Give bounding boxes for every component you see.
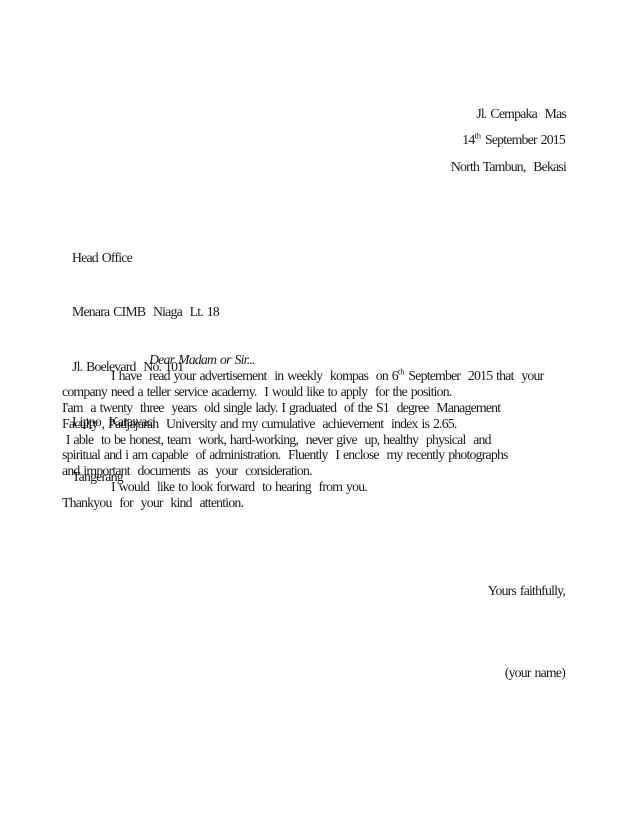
body-line-2: company need a teller service academy. I… (62, 384, 634, 400)
body-line-7: and important documents as your consider… (62, 463, 634, 479)
recipient-line-2: Menara CIMB Niaga Lt. 18 (72, 303, 219, 321)
body-line-6: spiritual and i am capable of administra… (62, 447, 634, 463)
date-day: 14 (462, 132, 474, 147)
letter-page: Jl. Cempaka Mas North Tambun, Bekasi 14t… (0, 0, 638, 826)
letter-body: Dear Madam or Sir... I have read your ad… (62, 352, 634, 511)
body-line-5: I able to be honest, team work, hard-wor… (62, 432, 634, 448)
body-line-4: Faculty , Padjajaran University and my c… (62, 416, 634, 432)
body-line-9: Thankyou for your kind attention. (62, 495, 634, 511)
sender-address-line-1: Jl. Cempaka Mas (451, 105, 566, 123)
letter-date: 14th September 2015 (462, 132, 565, 148)
sender-address-line-2: North Tambun, Bekasi (451, 158, 566, 176)
salutation: Dear Madam or Sir... (149, 352, 634, 368)
valediction: Yours faithfully, (488, 583, 565, 599)
date-rest: September 2015 (481, 132, 565, 147)
body-line-3: I'am a twenty three years old single lad… (62, 400, 634, 416)
body-line-8: I would like to look forward to hearing … (62, 479, 634, 495)
body-ordinal-superscript: th (398, 366, 405, 376)
recipient-line-1: Head Office (72, 249, 219, 267)
body-line-1: I have read your advertisement in weekly… (62, 368, 634, 384)
signature-placeholder: (your name) (505, 665, 565, 681)
body-line-1-post: September 2015 that your (405, 368, 544, 383)
body-line-1-pre: I have read your advertisement in weekly… (111, 368, 398, 383)
